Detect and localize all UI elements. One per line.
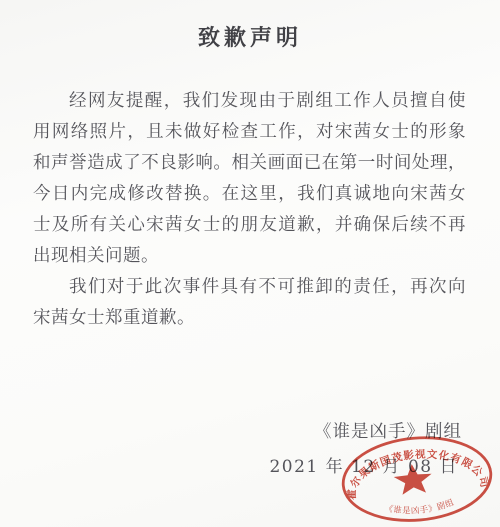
paragraph1-line4: 今日内完成修改替换。在这里，我们真诚地向宋茜女	[33, 179, 466, 210]
paragraph1-line1: 经网友提醒，我们发现由于剧组工作人员擅自使	[33, 86, 466, 117]
paragraph1-line3: 和声誉造成了不良影响。相关画面已在第一时间处理，	[33, 148, 466, 179]
svg-text:《谁是凶手》剧组: 《谁是凶手》剧组	[383, 497, 457, 519]
paragraph1-line5: 士及所有关心宋茜女士的朋友道歉，并确保后续不再	[33, 210, 466, 241]
document-title: 致歉声明	[0, 0, 500, 52]
date-line: 2021 年 12 月 08 日	[0, 452, 500, 477]
paragraph1-line2: 用网络照片，且未做好检查工作，对宋茜女士的形象	[33, 117, 466, 148]
seal-inner-text: 《谁是凶手》剧组	[383, 497, 457, 519]
paragraph2-line2: 宋茜女士郑重道歉。	[33, 303, 466, 334]
document-body: 经网友提醒，我们发现由于剧组工作人员擅自使 用网络照片，且未做好检查工作，对宋茜…	[0, 86, 500, 334]
apology-document: 致歉声明 经网友提醒，我们发现由于剧组工作人员擅自使 用网络照片，且未做好检查工…	[0, 0, 500, 527]
seal-ring	[340, 432, 495, 527]
paragraph1-line6: 出现相关问题。	[33, 241, 466, 272]
paragraph2-line1: 我们对于此次事件具有不可推卸的责任，再次向	[33, 272, 466, 303]
signature-crew-name: 《谁是凶手》剧组	[0, 418, 500, 443]
